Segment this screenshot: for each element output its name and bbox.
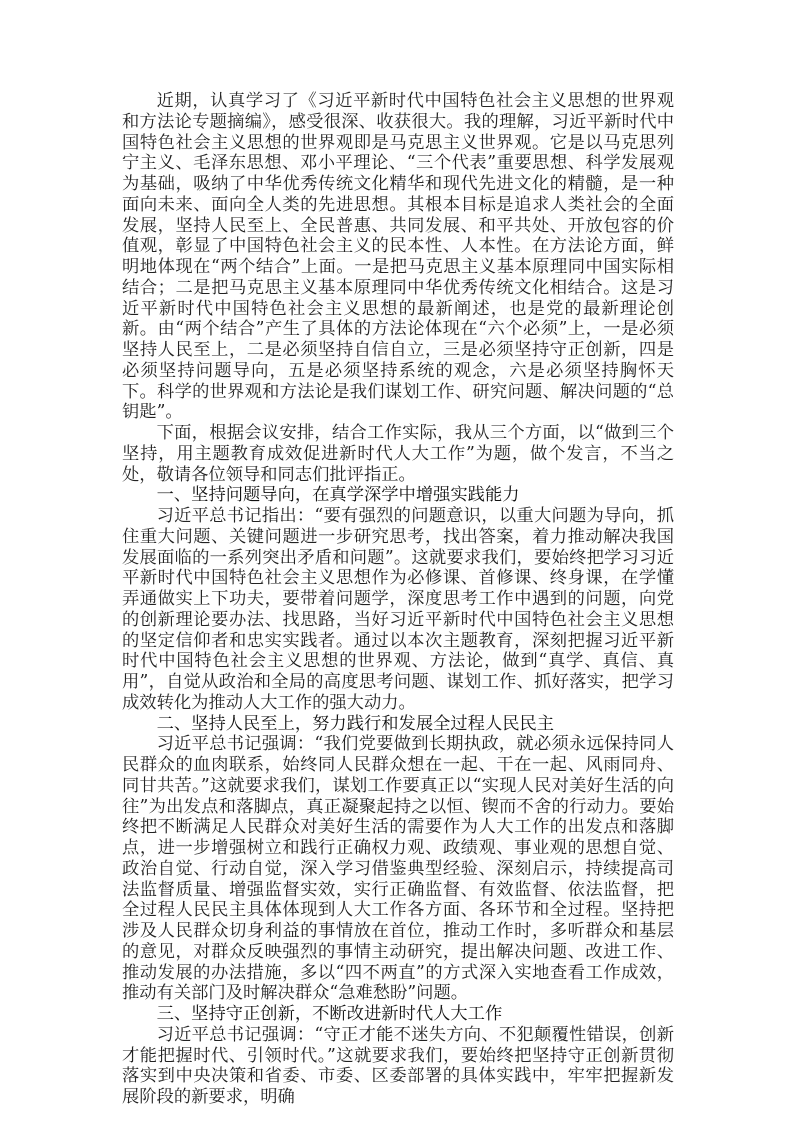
section-1-body: 习近平总书记指出：“要有强烈的问题意识，以重大问题为导向，抓住重大问题、关键问题… bbox=[122, 506, 674, 714]
section-2-body: 习近平总书记强调：“我们党要做到长期执政，就必须永远保持同人民群众的血肉联系，始… bbox=[122, 734, 674, 1004]
section-2-heading: 二、坚持人民至上，努力践行和发展全过程人民民主 bbox=[122, 714, 674, 735]
intro-paragraph-1: 近期，认真学习了《习近平新时代中国特色社会主义思想的世界观和方法论专题摘编》，感… bbox=[122, 91, 674, 423]
section-3-heading: 三、坚持守正创新，不断改进新时代人大工作 bbox=[122, 1004, 674, 1025]
section-1-heading: 一、坚持问题导向，在真学深学中增强实践能力 bbox=[122, 485, 674, 506]
section-3-body: 习近平总书记强调：“守正才能不迷失方向、不犯颠覆性错误，创新才能把握时代、引领时… bbox=[122, 1025, 674, 1108]
document-page: 近期，认真学习了《习近平新时代中国特色社会主义思想的世界观和方法论专题摘编》，感… bbox=[122, 91, 674, 1108]
intro-paragraph-2: 下面，根据会议安排，结合工作实际，我从三个方面，以“做到三个坚持，用主题教育成效… bbox=[122, 423, 674, 485]
